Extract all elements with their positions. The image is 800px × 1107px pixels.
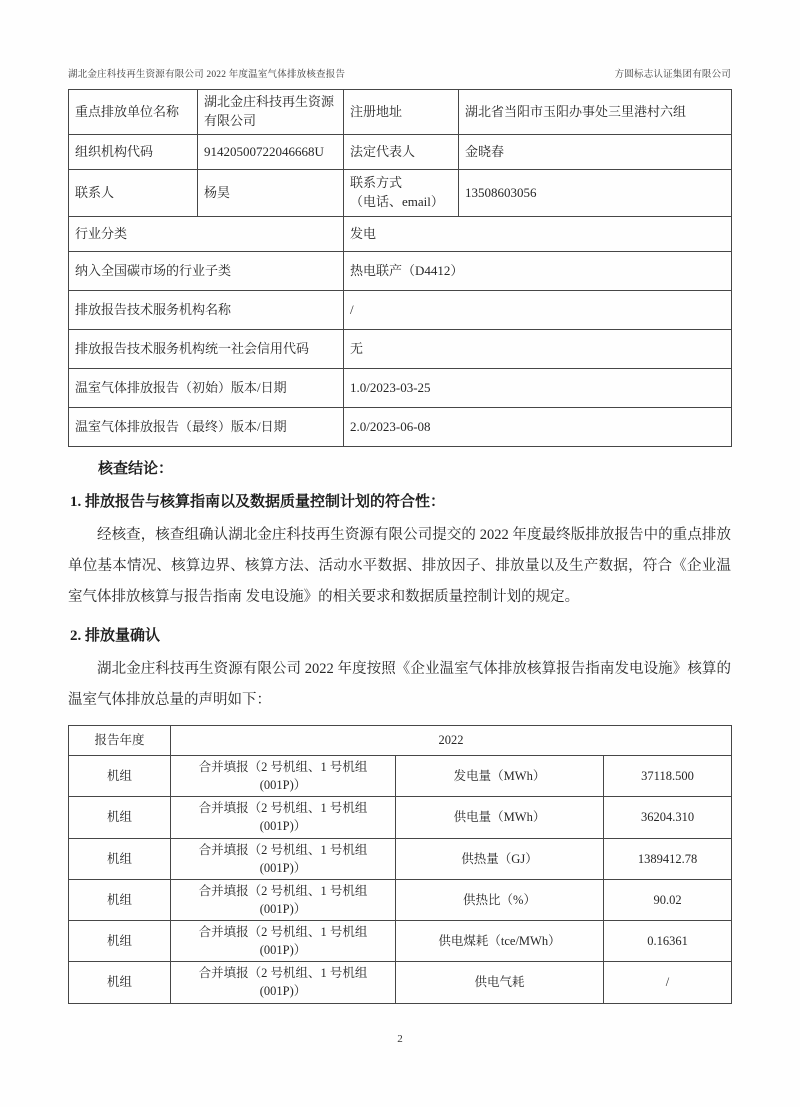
field-value: 杨昊	[198, 170, 344, 217]
section-2-paragraph: 湖北金庄科技再生资源有限公司 2022 年度按照《企业温室气体排放核算报告指南发…	[68, 654, 731, 716]
unit-type-cell: 机组	[69, 797, 171, 838]
unit-type-cell: 机组	[69, 756, 171, 797]
page-content: 湖北金庄科技再生资源有限公司 2022 年度温室气体排放核查报告 方圆标志认证集…	[68, 66, 731, 1004]
value-cell: 37118.500	[604, 756, 732, 797]
value-cell: 1389412.78	[604, 838, 732, 879]
field-value: 13508603056	[459, 170, 732, 217]
report-year-row: 报告年度 2022	[69, 726, 732, 756]
field-label: 纳入全国碳市场的行业子类	[69, 252, 344, 291]
section-1-heading: 1. 排放报告与核算指南以及数据质量控制计划的符合性：	[70, 492, 731, 512]
unit-name-cell: 合并填报（2 号机组、1 号机组 (001P)）	[171, 797, 396, 838]
field-value: 发电	[344, 217, 732, 252]
certifier-name-header: 方圆标志认证集团有限公司	[615, 66, 731, 80]
section-1-paragraph: 经核查，核查组确认湖北金庄科技再生资源有限公司提交的 2022 年度最终版排放报…	[68, 520, 731, 613]
indicator-cell: 供热比（%）	[396, 879, 604, 920]
page-header: 湖北金庄科技再生资源有限公司 2022 年度温室气体排放核查报告 方圆标志认证集…	[68, 66, 731, 80]
indicator-cell: 供电气耗	[396, 962, 604, 1003]
info-row: 行业分类 发电	[69, 217, 732, 252]
unit-name-cell: 合并填报（2 号机组、1 号机组 (001P)）	[171, 838, 396, 879]
field-value: /	[344, 291, 732, 330]
info-row: 联系人 杨昊 联系方式 （电话、email） 13508603056	[69, 170, 732, 217]
unit-row: 机组 合并填报（2 号机组、1 号机组 (001P)） 供热比（%） 90.02	[69, 879, 732, 920]
unit-row: 机组 合并填报（2 号机组、1 号机组 (001P)） 供电量（MWh） 362…	[69, 797, 732, 838]
field-label: 联系人	[69, 170, 198, 217]
field-label: 排放报告技术服务机构名称	[69, 291, 344, 330]
unit-name-cell: 合并填报（2 号机组、1 号机组 (001P)）	[171, 879, 396, 920]
field-value: 金晓春	[459, 135, 732, 170]
field-label: 法定代表人	[344, 135, 459, 170]
section-2-heading: 2. 排放量确认	[70, 626, 731, 646]
unit-name-cell: 合并填报（2 号机组、1 号机组 (001P)）	[171, 921, 396, 962]
info-row: 重点排放单位名称 湖北金庄科技再生资源有限公司 注册地址 湖北省当阳市玉阳办事处…	[69, 90, 732, 135]
field-label: 组织机构代码	[69, 135, 198, 170]
field-value: 2.0/2023-06-08	[344, 408, 732, 447]
facility-info-table: 重点排放单位名称 湖北金庄科技再生资源有限公司 注册地址 湖北省当阳市玉阳办事处…	[68, 89, 732, 447]
page-number: 2	[0, 1033, 800, 1045]
field-label: 温室气体排放报告（最终）版本/日期	[69, 408, 344, 447]
document-page: 湖北金庄科技再生资源有限公司 2022 年度温室气体排放核查报告 方圆标志认证集…	[0, 0, 800, 1107]
value-cell: 90.02	[604, 879, 732, 920]
report-year-value-cell: 2022	[171, 726, 732, 756]
field-value: 无	[344, 330, 732, 369]
field-value: 热电联产（D4412）	[344, 252, 732, 291]
value-cell: 36204.310	[604, 797, 732, 838]
field-label: 温室气体排放报告（初始）版本/日期	[69, 369, 344, 408]
verification-conclusion-title: 核查结论：	[98, 459, 731, 479]
unit-name-cell: 合并填报（2 号机组、1 号机组 (001P)）	[171, 962, 396, 1003]
unit-row: 机组 合并填报（2 号机组、1 号机组 (001P)） 供热量（GJ） 1389…	[69, 838, 732, 879]
field-value: 湖北金庄科技再生资源有限公司	[198, 90, 344, 135]
field-label: 重点排放单位名称	[69, 90, 198, 135]
field-value: 湖北省当阳市玉阳办事处三里港村六组	[459, 90, 732, 135]
report-year-label-cell: 报告年度	[69, 726, 171, 756]
field-label: 注册地址	[344, 90, 459, 135]
unit-type-cell: 机组	[69, 879, 171, 920]
field-value: 1.0/2023-03-25	[344, 369, 732, 408]
unit-type-cell: 机组	[69, 962, 171, 1003]
info-row: 排放报告技术服务机构统一社会信用代码 无	[69, 330, 732, 369]
field-label: 行业分类	[69, 217, 344, 252]
indicator-cell: 发电量（MWh）	[396, 756, 604, 797]
info-row: 纳入全国碳市场的行业子类 热电联产（D4412）	[69, 252, 732, 291]
info-row: 排放报告技术服务机构名称 /	[69, 291, 732, 330]
field-label: 排放报告技术服务机构统一社会信用代码	[69, 330, 344, 369]
unit-name-cell: 合并填报（2 号机组、1 号机组 (001P)）	[171, 756, 396, 797]
unit-type-cell: 机组	[69, 838, 171, 879]
report-title-header: 湖北金庄科技再生资源有限公司 2022 年度温室气体排放核查报告	[68, 66, 345, 80]
unit-row: 机组 合并填报（2 号机组、1 号机组 (001P)） 发电量（MWh） 371…	[69, 756, 732, 797]
indicator-cell: 供热量（GJ）	[396, 838, 604, 879]
field-label: 联系方式 （电话、email）	[344, 170, 459, 217]
field-value: 91420500722046668U	[198, 135, 344, 170]
unit-row: 机组 合并填报（2 号机组、1 号机组 (001P)） 供电煤耗（tce/MWh…	[69, 921, 732, 962]
info-row: 组织机构代码 91420500722046668U 法定代表人 金晓春	[69, 135, 732, 170]
value-cell: 0.16361	[604, 921, 732, 962]
info-row: 温室气体排放报告（最终）版本/日期 2.0/2023-06-08	[69, 408, 732, 447]
indicator-cell: 供电煤耗（tce/MWh）	[396, 921, 604, 962]
info-row: 温室气体排放报告（初始）版本/日期 1.0/2023-03-25	[69, 369, 732, 408]
indicator-cell: 供电量（MWh）	[396, 797, 604, 838]
value-cell: /	[604, 962, 732, 1003]
unit-row: 机组 合并填报（2 号机组、1 号机组 (001P)） 供电气耗 /	[69, 962, 732, 1003]
emission-summary-table: 报告年度 2022 机组 合并填报（2 号机组、1 号机组 (001P)） 发电…	[68, 725, 732, 1004]
unit-type-cell: 机组	[69, 921, 171, 962]
